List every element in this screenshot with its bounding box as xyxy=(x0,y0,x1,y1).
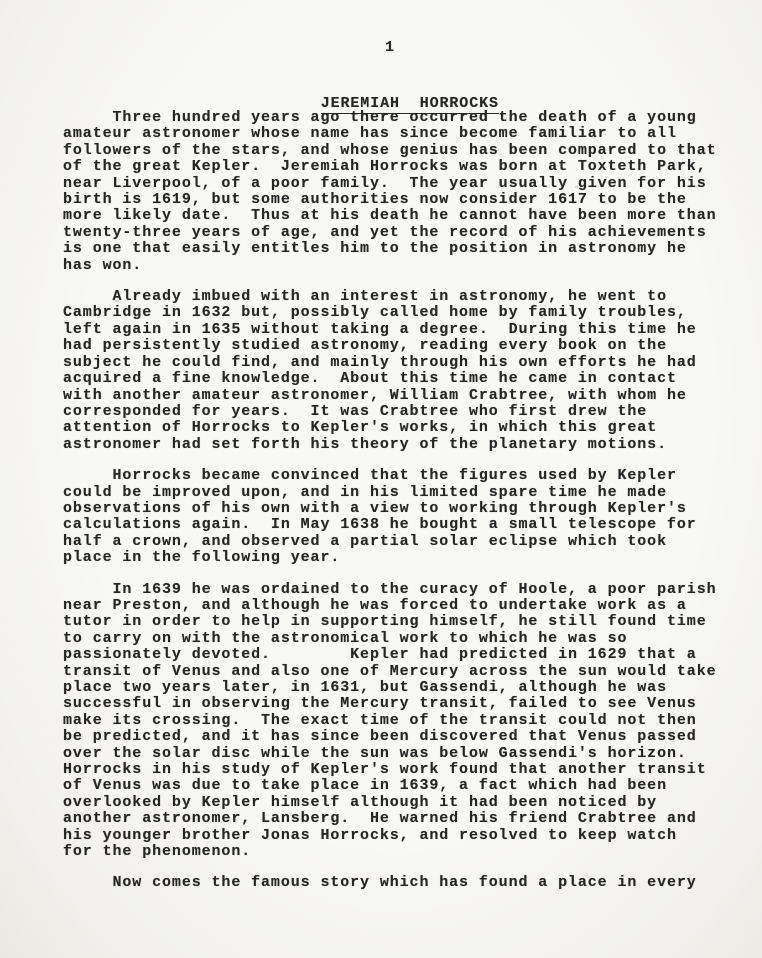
paragraph-2: Already imbued with an interest in astro… xyxy=(63,289,753,453)
document-page: 1 JEREMIAH HORROCKS Three hundred years … xyxy=(0,0,762,958)
paragraph-4: In 1639 he was ordained to the curacy of… xyxy=(63,582,753,861)
paragraph-3: Horrocks became convinced that the figur… xyxy=(63,468,753,566)
scan-speck xyxy=(575,186,578,188)
scan-speck xyxy=(252,648,255,650)
paragraph-5: Now comes the famous story which has fou… xyxy=(63,875,753,891)
scan-speck xyxy=(115,300,119,302)
document-body: Three hundred years ago there occurred t… xyxy=(63,110,753,907)
page-number: 1 xyxy=(63,39,717,56)
paragraph-1: Three hundred years ago there occurred t… xyxy=(63,110,753,274)
